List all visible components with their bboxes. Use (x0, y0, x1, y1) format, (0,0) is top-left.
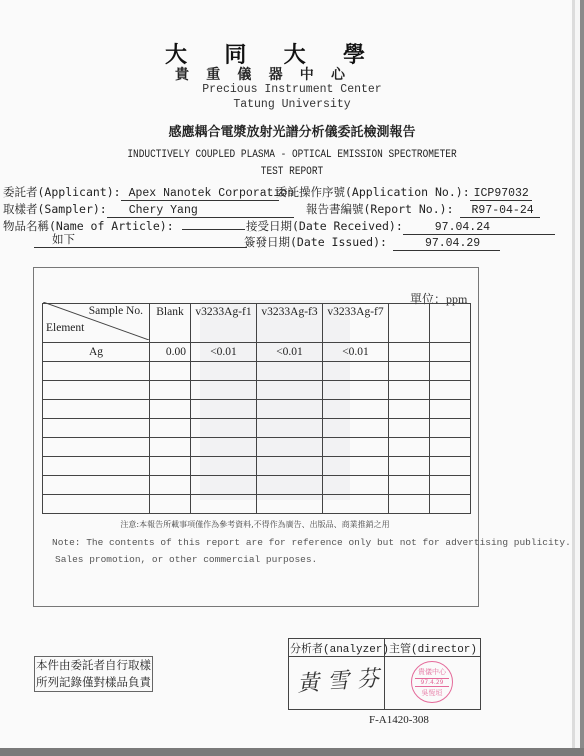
column-header (389, 304, 430, 343)
stamp-line1: 貴儀中心 (412, 667, 452, 677)
value-cell (389, 476, 430, 495)
table-row (43, 400, 471, 419)
center-name-cn: 貴 重 儀 器 中 心 (175, 64, 345, 84)
article-label: 物品名稱(Name of Article): (3, 219, 174, 233)
value-cell (430, 419, 471, 438)
value-cell (389, 343, 430, 362)
table-row (43, 438, 471, 457)
value-cell (191, 400, 257, 419)
applicant-label: 委託者(Applicant): (3, 185, 121, 199)
report-no-label: 報告書編號(Report No.): (306, 202, 454, 216)
report-no-field: 報告書編號(Report No.):R97-04-24 (306, 201, 540, 218)
analyzer-signature: 黃雪芬 (296, 661, 388, 698)
director-stamp: 貴儀中心 97.4.29 吳恆垣 (411, 661, 453, 703)
scan-border-right (580, 0, 584, 756)
report-page: 大 同 大 學 貴 重 儀 器 中 心 Precious Instrument … (0, 0, 572, 748)
value-cell (150, 495, 191, 514)
value-cell (323, 400, 389, 419)
table-row: Ag0.00<0.01<0.01<0.01 (43, 343, 471, 362)
sampler-value: Chery Yang (107, 205, 294, 218)
value-cell (430, 457, 471, 476)
table-row (43, 476, 471, 495)
form-number: F-A1420-308 (369, 714, 429, 726)
value-cell (257, 419, 323, 438)
value-cell (430, 476, 471, 495)
responsibility-box: 本件由委託者自行取樣 所列記錄僅對樣品負責 (34, 656, 153, 692)
date-received-field: 接受日期(Date Received):97.04.24 (246, 218, 555, 235)
article-field: 物品名稱(Name of Article): (3, 218, 245, 234)
value-cell (257, 457, 323, 476)
element-cell: Ag (43, 343, 150, 362)
value-cell: <0.01 (323, 343, 389, 362)
value-cell (150, 476, 191, 495)
value-cell (191, 495, 257, 514)
table-row (43, 381, 471, 400)
value-cell (150, 438, 191, 457)
column-header: v3233Ag-f1 (191, 304, 257, 343)
element-cell (43, 495, 150, 514)
report-type: TEST REPORT (41, 166, 543, 178)
value-cell (191, 381, 257, 400)
value-cell (257, 476, 323, 495)
value-cell (191, 457, 257, 476)
sampler-field: 取樣者(Sampler):Chery Yang (3, 201, 294, 218)
value-cell (430, 362, 471, 381)
responsibility-line2: 所列記錄僅對樣品負責 (36, 674, 152, 691)
note-cn: 注意:本報告所載事項僅作為參考資料,不得作為廣告、出版品、商業推銷之用 (0, 519, 510, 530)
applicant-value: Apex Nanotek Corporation (121, 188, 279, 201)
element-cell (43, 400, 150, 419)
applicant-field: 委託者(Applicant):Apex Nanotek Corporation (3, 184, 279, 201)
value-cell (150, 362, 191, 381)
value-cell (389, 419, 430, 438)
value-cell (257, 495, 323, 514)
report-no-value: R97-04-24 (460, 205, 540, 218)
date-issued-label: 簽發日期(Date Issued): (244, 235, 387, 249)
page-edge (572, 0, 575, 748)
element-cell (43, 381, 150, 400)
value-cell: 0.00 (150, 343, 191, 362)
value-cell (257, 362, 323, 381)
sampler-label: 取樣者(Sampler): (3, 202, 107, 216)
value-cell (150, 419, 191, 438)
article-value (182, 229, 245, 230)
element-cell (43, 362, 150, 381)
value-cell (323, 381, 389, 400)
value-cell (389, 381, 430, 400)
value-cell: <0.01 (257, 343, 323, 362)
value-cell (430, 343, 471, 362)
value-cell (430, 400, 471, 419)
date-received-label: 接受日期(Date Received): (246, 219, 403, 233)
value-cell: <0.01 (191, 343, 257, 362)
value-cell (323, 438, 389, 457)
application-no-label: 委託操作序號(Application No.): (276, 185, 470, 199)
value-cell (191, 419, 257, 438)
stamp-date: 97.4.29 (415, 678, 449, 687)
article-detail-field: 如下 (34, 234, 247, 248)
char: 心 (331, 64, 345, 84)
char: 器 (269, 64, 283, 84)
sample-no-header: Sample No. (89, 305, 143, 317)
note-en-line1: Note: The contents of this report are fo… (52, 537, 571, 548)
element-header: Element (46, 322, 84, 334)
table-row (43, 457, 471, 476)
char: 中 (300, 64, 314, 84)
element-cell (43, 438, 150, 457)
corner-header-cell: Sample No. Element (43, 304, 150, 343)
date-issued-value: 97.04.29 (393, 238, 500, 251)
element-cell (43, 457, 150, 476)
element-cell (43, 419, 150, 438)
value-cell (430, 495, 471, 514)
char: 學 (343, 38, 365, 69)
stamp-name: 吳恆垣 (412, 688, 452, 698)
value-cell (323, 476, 389, 495)
center-name-en: Precious Instrument Center (0, 83, 584, 96)
table-row (43, 419, 471, 438)
note-en-line2: Sales promotion, or other commercial pur… (55, 554, 317, 565)
value-cell (191, 476, 257, 495)
value-cell (191, 438, 257, 457)
scan-border-bottom (0, 748, 584, 756)
column-header: v3233Ag-f3 (257, 304, 323, 343)
report-title-cn: 感應耦合電漿放射光譜分析儀委託檢測報告 (0, 121, 584, 140)
director-label: 主管(director) (389, 640, 477, 656)
value-cell (389, 495, 430, 514)
value-cell (323, 495, 389, 514)
value-cell (389, 400, 430, 419)
value-cell (323, 362, 389, 381)
char: 貴 (175, 64, 189, 84)
value-cell (191, 362, 257, 381)
char: 儀 (237, 64, 251, 84)
column-header (430, 304, 471, 343)
value-cell (389, 362, 430, 381)
application-no-value: ICP97032 (470, 188, 532, 201)
value-cell (150, 400, 191, 419)
responsibility-line1: 本件由委託者自行取樣 (36, 657, 152, 674)
value-cell (257, 381, 323, 400)
date-issued-field: 簽發日期(Date Issued):97.04.29 (244, 234, 500, 251)
application-no-field: 委託操作序號(Application No.):ICP97032 (276, 184, 532, 201)
value-cell (323, 419, 389, 438)
value-cell (257, 400, 323, 419)
value-cell (323, 457, 389, 476)
value-cell (430, 438, 471, 457)
value-cell (150, 381, 191, 400)
results-table: Sample No. Element Blank v3233Ag-f1 v323… (42, 303, 471, 514)
table-row (43, 362, 471, 381)
element-cell (43, 476, 150, 495)
value-cell (430, 381, 471, 400)
analyzer-label: 分析者(analyzer) (290, 640, 389, 656)
article-detail-value: 如下 (34, 235, 247, 248)
column-header: Blank (150, 304, 191, 343)
column-header: v3233Ag-f7 (323, 304, 389, 343)
char: 重 (206, 64, 220, 84)
table-header-row: Sample No. Element Blank v3233Ag-f1 v323… (43, 304, 471, 343)
instrument-title: INDUCTIVELY COUPLED PLASMA - OPTICAL EMI… (41, 149, 543, 161)
signature-box: 分析者(analyzer) 主管(director) 黃雪芬 貴儀中心 97.4… (288, 638, 481, 710)
university-name-en: Tatung University (0, 98, 584, 111)
value-cell (257, 438, 323, 457)
value-cell (150, 457, 191, 476)
table-row (43, 495, 471, 514)
value-cell (389, 457, 430, 476)
value-cell (389, 438, 430, 457)
